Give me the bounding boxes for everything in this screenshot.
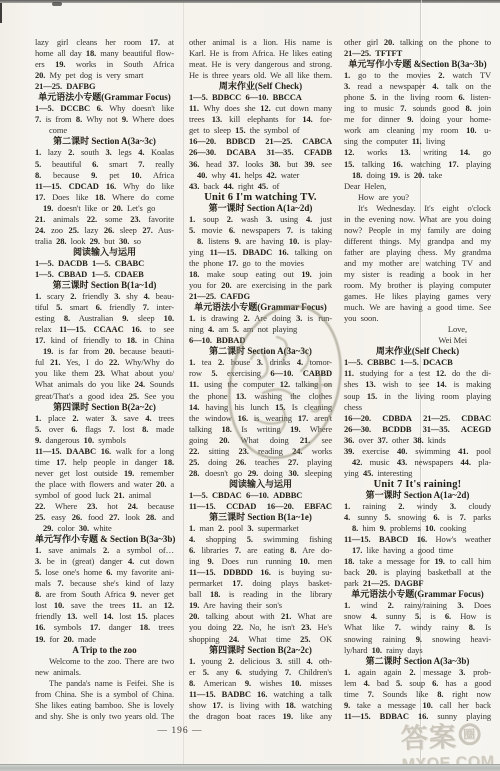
answer-line: 1—5. BDBCC 6—10. BBCCA	[189, 92, 332, 103]
answer-line: room. My brother is playing computer	[344, 280, 491, 291]
answer-line: 4. sunny 5. snowing 6. is 7. parks	[344, 512, 491, 523]
answer-line: 6—10. BDBAD	[189, 335, 332, 346]
answer-line: 25. doing 26. teaches 27. playing	[189, 457, 332, 468]
answers-column-left: lazy girl cleans her room 17. athome all…	[35, 37, 174, 722]
answer-line: 26—30. BCDDB 31—35. ACEGD	[344, 424, 491, 435]
answer-line: Love,	[344, 324, 491, 335]
answer-line: chess	[344, 402, 491, 413]
answer-line: 18. take a message for 19. to call him	[344, 556, 491, 567]
section-heading: 第一课时 Section A(1a~2d)	[189, 203, 332, 214]
answer-line: 19. for 20. made	[35, 634, 174, 645]
answer-line: phone 5. in the living room 6. listen-	[344, 92, 491, 103]
answer-line: esting 8. Australian 9. sleep 10.	[35, 313, 174, 324]
answer-line: He is three years old. We all like them.	[189, 70, 332, 81]
answer-line: lazy girl cleans her room 17. at	[35, 37, 174, 48]
answer-line: 22. sitting 23. reading 24. works	[189, 446, 332, 457]
answer-line: me for dinner 9. doing your home-	[344, 114, 491, 125]
answer-line: tralia 28. look 29. but 30. so	[35, 236, 174, 247]
answer-line: Karl. He is from Africa. He likes eating	[189, 48, 332, 59]
answer-line: tiful 5. smart 6. friendly 7. inter-	[35, 302, 174, 313]
answer-line: 42. music 43. newspapers 44. pla-	[344, 457, 491, 468]
answer-line: get to sleep 15. the symbol of	[189, 125, 332, 136]
answer-line: from China. She is a symbol of China.	[35, 689, 174, 700]
answer-line: 6. libraries 7. are eating 8. Are do-	[189, 545, 332, 556]
answer-line: 11. Why does she 12. cut down many	[189, 103, 332, 114]
answer-line: 18. doing 19. is 20. take	[344, 170, 491, 181]
scan-edge-left	[0, 3, 2, 23]
answer-line: lem 4. bad 5. soup 6. has a good	[344, 678, 491, 689]
answer-line: 36. over 37. other 38. kinds	[344, 435, 491, 446]
answer-line: 20. My pet dog is very smart	[35, 70, 174, 81]
answer-line: 1—5. CBBAD 1—5. CDAEB	[35, 269, 174, 280]
answer-line: 11—15. CDCAD 16. Why do like	[35, 181, 174, 192]
answer-line: shes 13. wish to see 14. is making	[344, 379, 491, 390]
answer-line: ing 9. Does run running 10. men	[189, 556, 332, 567]
answer-line: friendly 13. well 14. lost 15. places	[35, 611, 174, 622]
answer-line: talking 18. Is writing 19. Where	[189, 424, 332, 435]
answer-line: the window 16. is wearing 17. aren't	[189, 413, 332, 424]
section-heading: 第二课时 Section A(3a~3b)	[344, 656, 491, 667]
answer-line: meat. He is very dangerous and strong.	[189, 59, 332, 70]
answer-line: What animals do you like 24. Sounds	[35, 379, 174, 390]
answer-line: much. We are having a good time. See	[344, 302, 491, 313]
answer-line: the place with flowers and water 20. a	[35, 479, 174, 490]
answer-line: the dragon boat races 19. like any	[189, 711, 332, 722]
watermark-brand-circle-icon: 圈	[458, 722, 481, 745]
answer-line: ly/hard 10. rainy days	[344, 645, 491, 656]
answer-line: in the evening now. What are you doing	[344, 214, 491, 225]
answer-line: ers 19. works in South Africa	[35, 59, 174, 70]
answer-line: 8. because 9. pet 10. Africa	[35, 170, 174, 181]
section-heading: 阅读输入与运用	[189, 479, 332, 490]
answer-line: snowing raining 9. snowing heavi-	[344, 634, 491, 645]
section-heading: 第二课时 Section A(3a~3c)	[189, 346, 332, 357]
answer-line: 36. head 37. looks 38. but 39. see	[189, 159, 332, 170]
answer-line: 28. doesn't go 29. doing 30. sleeping	[189, 468, 332, 479]
answer-line: 1. save animals 2. a symbol of…	[35, 545, 174, 556]
answer-line: 21. animals 22. some 23. favorite	[35, 214, 174, 225]
answer-line: games. He likes playing games very	[344, 291, 491, 302]
answer-line: soup 15. in the living room playing	[344, 391, 491, 402]
answer-line: 21—25. CAFDG	[189, 291, 332, 302]
answer-line: 1. scary 2. friendly 3. shy 4. beau-	[35, 291, 174, 302]
answer-line: 19. is far from 20. because beauti-	[35, 346, 174, 357]
answer-line: park 21—25. DAGBF	[344, 578, 491, 589]
answer-line: It's Wednesday. It's eight o'clock	[344, 203, 491, 214]
answer-line: 26—30. DCABA 31—35. CFADB	[189, 147, 332, 158]
answer-line: permarket 17. doing plays basket-	[189, 578, 332, 589]
scanned-answer-page: lazy girl cleans her room 17. athome all…	[0, 0, 500, 771]
section-heading: 第三课时 Section B(1a~1e)	[189, 512, 332, 523]
answer-line: 18. make soup eating out 19. join	[189, 269, 332, 280]
answer-line: 4. shopping 5. swimming fishing	[189, 534, 332, 545]
section-heading: 第三课时 Section B(1a~1d)	[35, 280, 174, 291]
answer-line: 43. back 44. right 45. of	[189, 181, 332, 192]
section-heading: A Trip to the zoo	[35, 645, 174, 656]
answer-line: lost 10. save the trees 11. an 12.	[35, 600, 174, 611]
answer-line: Dear Helen,	[344, 181, 491, 192]
answer-line: 9. dangerous 10. symbols	[35, 435, 174, 446]
answers-column-middle: other animal is a lion. His name isKarl.…	[189, 37, 332, 722]
answer-line: ying 45. interesting	[344, 468, 491, 479]
answer-line: 12. works 13. writing 14. go	[344, 147, 491, 158]
answer-line: 17. Does like 18. Where do come	[35, 192, 174, 203]
site-watermark: 答案 圈 MXQE.COM	[400, 713, 498, 771]
answer-line: my sister is reading a book in her	[344, 269, 491, 280]
answer-line: trees 13. kill elephants for 14. for-	[189, 114, 332, 125]
answer-line: 17. like having a good time	[344, 545, 491, 556]
answer-line: er 5. any 6. studying 7. Children's	[189, 667, 332, 678]
section-heading: 第四课时 Section B(2a~2c)	[35, 402, 174, 413]
answer-line: going 20. What doing 21. see	[189, 435, 332, 446]
answer-line: 1. lazy 2. south 3. legs 4. Koalas	[35, 147, 174, 158]
answer-line: ful 21. Yes, I do 22. Why/Why do	[35, 357, 174, 368]
answer-line: 25. easy 26. food 27. look 28. and	[35, 512, 174, 523]
answer-line: sing the computer 11. living	[344, 136, 491, 147]
answer-line: 11. studying for a test 12. do the di-	[344, 368, 491, 379]
answer-line: ball 18. is reading in the library	[189, 589, 332, 600]
answer-line: other animal is a lion. His name is	[189, 37, 332, 48]
answer-line: 19. doesn't like or 20. Let's go	[35, 203, 174, 214]
answer-line: 7. is from 8. Why not 9. Where does	[35, 114, 174, 125]
answer-line: 1—5. DCCBC 6. Why doesn't like	[35, 103, 174, 114]
answer-line: 3. be in (great) danger 4. cut down	[35, 556, 174, 567]
answer-line: 1. again again 2. message 3. prob-	[344, 667, 491, 678]
answer-line: 1. place 2. water 3. save 4. trees	[35, 413, 174, 424]
answer-line: 22. Where 23. hot 24. because	[35, 501, 174, 512]
answer-line: How are you?	[344, 192, 491, 203]
section-heading: 阅读输入与运用	[35, 247, 174, 258]
section-heading: 周末作业(Self Check)	[344, 346, 491, 357]
answer-line: ning 4. am 5. am not playing	[189, 324, 332, 335]
answer-line: 29. color 30. white	[35, 523, 174, 534]
answer-line: the phone 13. washing the clothes	[189, 391, 332, 402]
answer-line: 21—25. TFTFT	[344, 48, 491, 59]
answer-line: relax 11—15. CCAAC 16. to see	[35, 324, 174, 335]
answer-line: 39. exercise 40. swimming 41. pool	[344, 446, 491, 457]
answer-line: 16—20. BDBCD 21—25. CABCA	[189, 136, 332, 147]
answer-line: 8. American 9. wishes 10. misses	[189, 678, 332, 689]
answer-line: you doing 22. No, he isn't 23. He's	[189, 622, 332, 633]
answer-line: The panda's name is Feifei. She is	[35, 678, 174, 689]
answer-line: other girl 20. talking on the phone to	[344, 37, 491, 48]
scan-edge-bottom	[0, 764, 500, 771]
section-heading: 第一课时 Section A(1a~2d)	[344, 490, 491, 501]
section-heading: 第四课时 Section B(2a~2c)	[189, 645, 332, 656]
answer-line: ing to music 7. sounds good 8. join	[344, 103, 491, 114]
page-number: — 196 —	[138, 726, 222, 736]
answer-line: work am cleaning my room 10. u-	[344, 125, 491, 136]
answer-line: 1. soup 2. wash 3. using 4. just	[189, 214, 332, 225]
answer-line: shopping 24. What time 25. OK	[189, 634, 332, 645]
answer-line: great/That's a good idea 25. See you	[35, 391, 174, 402]
answer-line: 8. listens 9. are having 10. is play-	[189, 236, 332, 247]
answer-line: 15. talking 16. watching 17. playing	[344, 159, 491, 170]
section-heading: Unit 6 I'm watching TV.	[189, 192, 332, 203]
answer-line: show 17. is living with 18. watching	[189, 700, 332, 711]
answer-line: 1. is drawing 2. Are doing 3. is run-	[189, 313, 332, 324]
section-heading: 第二课时 Section A(3a~3c)	[35, 136, 174, 147]
answer-line: 11. using the computer 12. talking on	[189, 379, 332, 390]
answer-line: ying 11—15. DBADC 16. talking on	[189, 247, 332, 258]
answer-line: time 7. Sounds like 8. right now	[344, 689, 491, 700]
answer-line: 24. zoo 25. lazy 26. sleep 27. Aus-	[35, 225, 174, 236]
answer-line: 5. lose one's home 6. my favorite ani-	[35, 567, 174, 578]
answer-line: the phone 17. go to the movies	[189, 258, 332, 269]
answer-line: 17. kind of friendly to 18. in China	[35, 335, 174, 346]
answer-line: 5. movie 6. newspapers 7. is taking	[189, 225, 332, 236]
answer-line: come	[35, 125, 174, 136]
section-heading: 单元语法小专题(Grammar Focus)	[344, 589, 491, 600]
answer-line: 5. over 6. flags 7. lost 8. made	[35, 424, 174, 435]
answer-line: and my mother are watching TV and	[344, 258, 491, 269]
answer-line: 3. read a newspaper 4. talk on the	[344, 81, 491, 92]
answer-line: you like them 23. What about you/	[35, 368, 174, 379]
answer-line: back 20. is playing basketball at the	[344, 567, 491, 578]
answer-line: row 5. exercising 6—10. CABBD	[189, 368, 332, 379]
answer-line: 14. having his lunch 15. Is cleaning	[189, 402, 332, 413]
answer-line: 16—20. CDBDA 21—25. CDBAC	[344, 413, 491, 424]
section-heading: 周末作业(Self Check)	[189, 81, 332, 92]
answer-line: 40. why 41. helps 42. water	[189, 170, 332, 181]
answer-line: snow 4. sunny 5. is 6. How is	[344, 611, 491, 622]
answer-line: mals 7. because she's kind of lazy	[35, 578, 174, 589]
answer-line: 11—15. DDBDD 16. is buying su-	[189, 567, 332, 578]
answers-column-right: other girl 20. talking on the phone to21…	[344, 37, 491, 722]
watermark-brand-circle-glyph: 圈	[463, 725, 477, 742]
section-heading: 单元语法小专题(Grammar Focus)	[189, 302, 332, 313]
answer-line: 16. symbols 17. danger 18. trees	[35, 622, 174, 633]
answer-line: Wei Mei	[344, 335, 491, 346]
section-heading: Unit 7 It's raining!	[344, 479, 491, 490]
answer-line: never get lost outside 19. remember	[35, 468, 174, 479]
answer-line: 1—5. CBDAC 6—10. ADBBC	[189, 490, 332, 501]
section-heading: 单元语法小专题(Grammar Focus)	[35, 92, 174, 103]
answer-line: and shy. She is only two years old. The	[35, 711, 174, 722]
answer-line: 1. raining 2. windy 3. cloudy	[344, 501, 491, 512]
section-heading: 单元写作小专题 &Section B(3a~3b)	[344, 59, 491, 70]
answer-line: 11—15. BABCD 16. How's weather	[344, 534, 491, 545]
answer-line: 11—15. CCDAD 16—20. EBFAC	[189, 501, 332, 512]
answer-line: home all day 18. many beautiful flow-	[35, 48, 174, 59]
answer-line: 19. Are having their son's	[189, 600, 332, 611]
answer-line: 9. take a message 10. call her back	[344, 700, 491, 711]
answer-line: 1—5. CBBBC 1—5. DCACB	[344, 357, 491, 368]
answer-line: 21—25. DAFBG	[35, 81, 174, 92]
answer-line: 8. are from South Africa 9. never get	[35, 589, 174, 600]
answer-line: 1. wind 2. rainy/raining 3. Does	[344, 600, 491, 611]
answer-line: 8. him 9. problems 10. cooking	[344, 523, 491, 534]
answer-line: 1. go to the movies 2. watch TV	[344, 70, 491, 81]
answer-line: you soon.	[344, 313, 491, 324]
answer-line: 20. talking about with 21. What are	[189, 611, 332, 622]
scan-edge-top	[0, 0, 500, 3]
answer-line: 11—15. BADBC 16. watching a talk	[189, 689, 332, 700]
page-crease-left	[183, 0, 184, 771]
answer-line: 1. tea 2. house 3. drinks 4. tomor-	[189, 357, 332, 368]
answer-line: What like 7. windy rainy 8. Is	[344, 622, 491, 633]
answer-line: father are playing chess. My grandma	[344, 247, 491, 258]
answer-line: you for 20. are exercising in the park	[189, 280, 332, 291]
answer-line: different things. My grandpa and my	[344, 236, 491, 247]
section-heading: 单元写作小专题 & Section B(3a~3b)	[35, 534, 174, 545]
answer-line: symbol of good luck 21. animal	[35, 490, 174, 501]
answer-line: 11—15. DAABC 16. walk for a long	[35, 446, 174, 457]
answer-line: 1. young 2. delicious 3. still 4. oth-	[189, 656, 332, 667]
answer-line: 5. beautiful 6. smart 7. really	[35, 159, 174, 170]
answer-line: Welcome to the zoo. There are two	[35, 656, 174, 667]
answer-line: now? People in my family are doing	[344, 225, 491, 236]
answer-line: She likes eating bamboo. She is lovely	[35, 700, 174, 711]
answer-line: new animals.	[35, 667, 174, 678]
answer-line: 1—5. DACDB 1—5. CBABC	[35, 258, 174, 269]
answer-line: time 17. help people in danger 18.	[35, 457, 174, 468]
answer-line: 1. man 2. pool 3. supermarket	[189, 523, 332, 534]
answer-line: 11—15. BDBAC 16. sunny playing	[344, 711, 491, 722]
